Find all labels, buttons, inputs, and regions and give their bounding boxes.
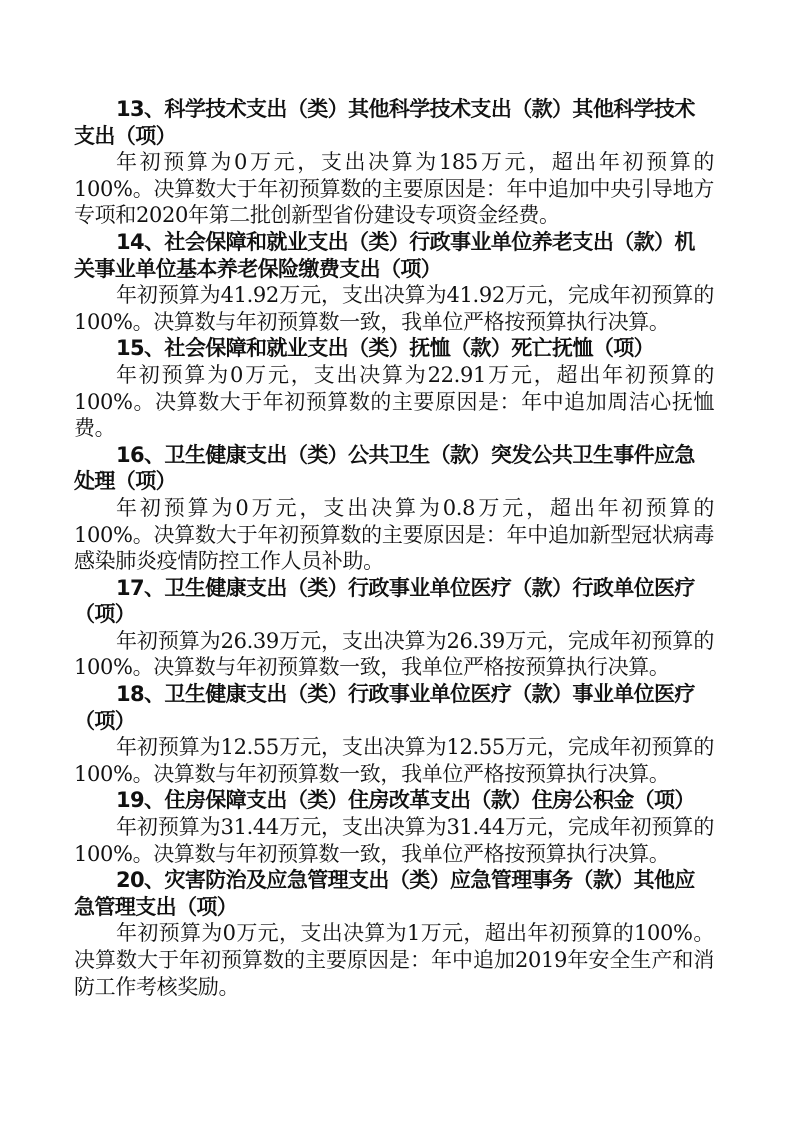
section-heading: 18、卫生健康支出（类）行政事业单位医疗（款）事业单位医疗（项）	[74, 681, 714, 734]
section-body: 年初预算为0万元，支出决算为185万元，超出年初预算的100%。决算数大于年初预…	[74, 149, 714, 229]
section-heading: 19、住房保障支出（类）住房改革支出（款）住房公积金（项）	[74, 787, 714, 814]
section-19: 19、住房保障支出（类）住房改革支出（款）住房公积金（项） 年初预算为31.44…	[74, 787, 714, 867]
section-body: 年初预算为12.55万元，支出决算为12.55万元，完成年初预算的100%。决算…	[74, 734, 714, 787]
section-heading: 20、灾害防治及应急管理支出（类）应急管理事务（款）其他应急管理支出（项）	[74, 867, 714, 920]
section-body: 年初预算为31.44万元，支出决算为31.44万元，完成年初预算的100%。决算…	[74, 814, 714, 867]
section-heading: 14、社会保障和就业支出（类）行政事业单位养老支出（款）机关事业单位基本养老保险…	[74, 229, 714, 282]
section-18: 18、卫生健康支出（类）行政事业单位医疗（款）事业单位医疗（项） 年初预算为12…	[74, 681, 714, 787]
section-heading: 16、卫生健康支出（类）公共卫生（款）突发公共卫生事件应急处理（项）	[74, 442, 714, 495]
section-body: 年初预算为26.39万元，支出决算为26.39万元，完成年初预算的100%。决算…	[74, 628, 714, 681]
section-heading: 15、社会保障和就业支出（类）抚恤（款）死亡抚恤（项）	[74, 335, 714, 362]
section-20: 20、灾害防治及应急管理支出（类）应急管理事务（款）其他应急管理支出（项） 年初…	[74, 867, 714, 1000]
section-heading: 17、卫生健康支出（类）行政事业单位医疗（款）行政单位医疗（项）	[74, 575, 714, 628]
section-13: 13、科学技术支出（类）其他科学技术支出（款）其他科学技术支出（项） 年初预算为…	[74, 96, 714, 229]
section-body: 年初预算为0万元，支出决算为22.91万元，超出年初预算的100%。决算数大于年…	[74, 362, 714, 442]
section-heading: 13、科学技术支出（类）其他科学技术支出（款）其他科学技术支出（项）	[74, 96, 714, 149]
section-body: 年初预算为41.92万元，支出决算为41.92万元，完成年初预算的100%。决算…	[74, 282, 714, 335]
document-page: 13、科学技术支出（类）其他科学技术支出（款）其他科学技术支出（项） 年初预算为…	[74, 96, 714, 1000]
section-14: 14、社会保障和就业支出（类）行政事业单位养老支出（款）机关事业单位基本养老保险…	[74, 229, 714, 335]
section-body: 年初预算为0万元，支出决算为0.8万元，超出年初预算的100%。决算数大于年初预…	[74, 495, 714, 575]
section-body: 年初预算为0万元，支出决算为1万元，超出年初预算的100%。决算数大于年初预算数…	[74, 920, 714, 1000]
section-15: 15、社会保障和就业支出（类）抚恤（款）死亡抚恤（项） 年初预算为0万元，支出决…	[74, 335, 714, 441]
section-17: 17、卫生健康支出（类）行政事业单位医疗（款）行政单位医疗（项） 年初预算为26…	[74, 575, 714, 681]
section-16: 16、卫生健康支出（类）公共卫生（款）突发公共卫生事件应急处理（项） 年初预算为…	[74, 442, 714, 575]
